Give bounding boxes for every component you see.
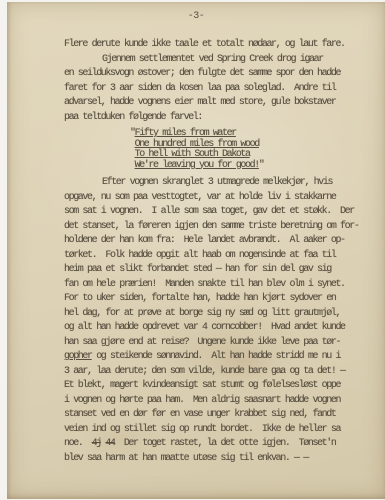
text-segment: Flere derute kunde ikke taale et totalt …	[64, 39, 345, 50]
text-line: Efter vognen skranglet 3 utmagrede melke…	[64, 176, 364, 191]
underlined-text: gopher	[64, 351, 92, 362]
text-line: en seilduksvogn østover; den fulgte det …	[64, 67, 364, 82]
text-segment: veien ind og stillet sig op rundt bordet…	[64, 424, 340, 435]
text-line: Et blekt, magert kvindeansigt sat stumt …	[64, 379, 364, 394]
text-line: advarsel, hadde vognens eier malt med st…	[64, 96, 364, 111]
text-segment: For to uker siden, fortalte han, hadde h…	[64, 293, 335, 304]
underlined-text: Fifty miles from water	[135, 128, 236, 139]
text-segment: "	[259, 160, 264, 171]
text-line: For to uker siden, fortalte han, hadde h…	[64, 292, 364, 307]
text-segment: opgave, nu som paa vesttogtet, var at ho…	[64, 192, 335, 203]
text-line: Gjennem settlementet ved Spring Creek dr…	[64, 53, 364, 68]
text-line: tørket. Folk hadde opgit alt haab om nog…	[64, 249, 364, 264]
text-line: gopher og steikende sønnavind. Alt han h…	[64, 350, 364, 365]
text-segment: han saa gjøre end at reise? Ungene kunde…	[64, 337, 340, 348]
text-segment: og alt han hadde opdrevet var 4 corncobb…	[64, 322, 345, 333]
text-line: og alt han hadde opdrevet var 4 corncobb…	[64, 321, 364, 336]
text-segment: noe.	[64, 438, 92, 449]
text-line: han saa gjøre end at reise? Ungene kunde…	[64, 336, 364, 351]
text-segment: og steikende sønnavind. Alt han hadde st…	[92, 351, 340, 362]
text-segment: tørket. Folk hadde opgit alt haab om nog…	[64, 250, 335, 261]
underlined-text: One hundred miles from wood	[135, 139, 259, 150]
text-segment: det stanset, la føreren igjen den samme …	[64, 221, 358, 232]
text-segment: i vognen og hørte paa ham. Men aldrig sa…	[64, 395, 340, 406]
text-line: blev saa harm at han maatte utøse sig ti…	[64, 452, 364, 467]
paper-sheet: -3- Flere derute kunde ikke taale et tot…	[7, 2, 385, 499]
text-segment: som sat i vognen. I alle som saa toget, …	[64, 206, 354, 217]
text-line: som sat i vognen. I alle som saa toget, …	[64, 205, 364, 220]
text-line: Flere derute kunde ikke taale et totalt …	[64, 38, 364, 53]
underlined-text: To hell with South Dakota	[135, 149, 250, 160]
text-block: Flere derute kunde ikke taale et totalt …	[64, 38, 364, 466]
text-line: holdene der han kom fra: Hele landet avb…	[64, 234, 364, 249]
text-line: det stanset, la føreren igjen den samme …	[64, 220, 364, 235]
text-segment: holdene der han kom fra: Hele landet avb…	[64, 235, 345, 246]
text-line: faret for 3 aar siden da kosen laa paa s…	[64, 82, 364, 97]
page-number: -3-	[7, 11, 385, 22]
text-line: opgave, nu som paa vesttogtet, var at ho…	[64, 191, 364, 206]
text-line: fan om hele prærien! Manden snakte til h…	[64, 278, 364, 293]
text-segment: en seilduksvogn østover; den fulgte det …	[64, 68, 340, 79]
text-segment: faret for 3 aar siden da kosen laa paa s…	[64, 83, 335, 94]
text-line: i vognen og hørte paa ham. Men aldrig sa…	[64, 394, 364, 409]
underlined-text: We're leaving you for good!	[135, 160, 259, 171]
text-segment: Der toget rastet, la det otte igjen. Tøn…	[115, 438, 336, 449]
text-segment: fan om hele prærien! Manden snakte til h…	[64, 279, 345, 290]
text-segment: Et blekt, magert kvindeansigt sat stumt …	[64, 380, 340, 391]
text-line: We're leaving you for good!"	[64, 161, 364, 172]
text-line: stanset ved en dør før en vase unger kra…	[64, 408, 364, 423]
text-line: 3 aar, laa derute; den som vilde, kunde …	[64, 365, 364, 380]
text-line: heim paa et slikt forbandet sted — han f…	[64, 263, 364, 278]
text-segment: advarsel, hadde vognens eier malt med st…	[64, 97, 335, 108]
text-segment: heim paa et slikt forbandet sted — han f…	[64, 264, 331, 275]
struck-out-text: 4j	[92, 438, 101, 449]
text-line: veien ind og stillet sig op rundt bordet…	[64, 423, 364, 438]
text-segment: hel dag, for at prøve at borge sig ny sæ…	[64, 308, 340, 319]
text-segment: Efter vognen skranglet 3 utmagrede melke…	[102, 177, 332, 188]
text-segment: stanset ved en dør før en vase unger kra…	[64, 409, 335, 420]
text-segment: Gjennem settlementet ved Spring Creek dr…	[102, 54, 323, 65]
text-line: noe. 4j 44 Der toget rastet, la det otte…	[64, 437, 364, 452]
struck-out-text: 44	[105, 438, 114, 449]
text-line: hel dag, for at prøve at borge sig ny sæ…	[64, 307, 364, 322]
text-line: paa teltduken følgende farvel:	[64, 111, 364, 126]
text-segment: 3 aar, laa derute; den som vilde, kunde …	[64, 366, 345, 377]
scanned-page: -3- Flere derute kunde ikke taale et tot…	[0, 0, 385, 500]
text-segment: paa teltduken følgende farvel:	[64, 112, 202, 123]
text-segment: blev saa harm at han maatte utøse sig ti…	[64, 453, 308, 464]
